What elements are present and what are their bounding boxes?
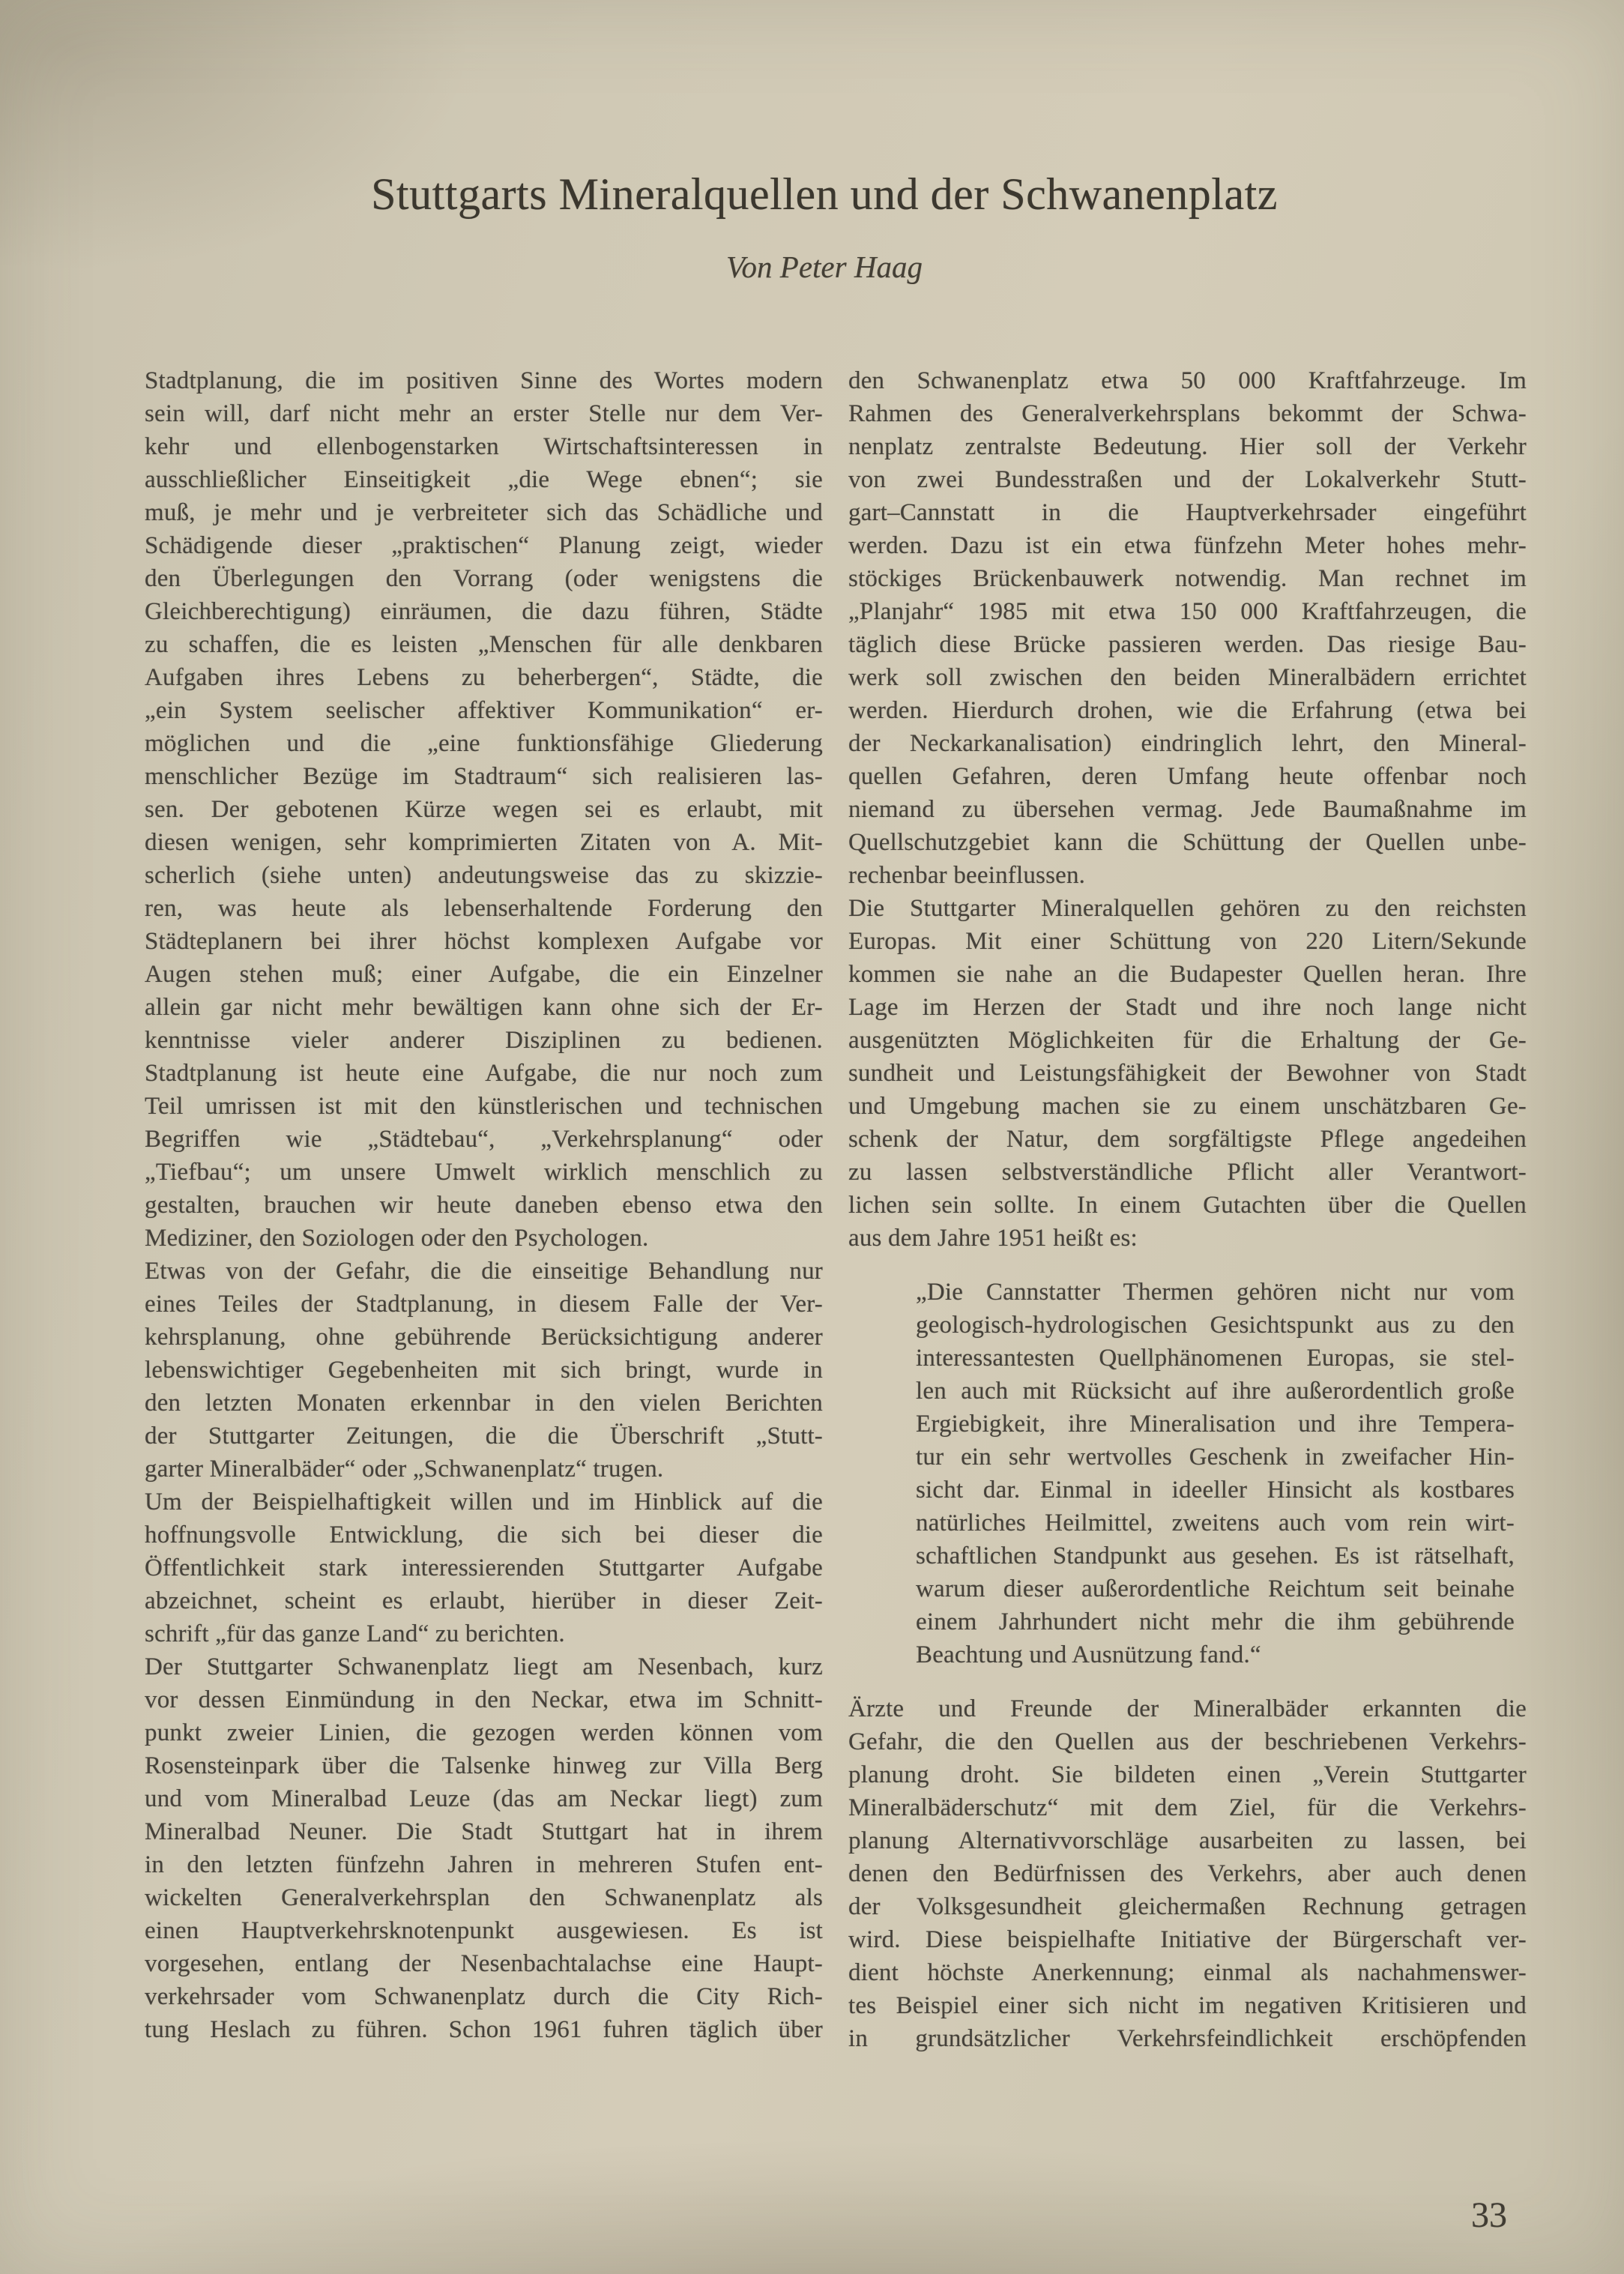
text-line: abzeichnet, scheint es erlaubt, hierüber… <box>145 1584 823 1617</box>
text-line: tur ein sehr wertvolles Geschenk in zwei… <box>916 1441 1515 1474</box>
text-line: einen Hauptverkehrsknotenpunkt ausgewies… <box>145 1914 823 1947</box>
text-line: Quellschutzgebiet kann die Schüttung der… <box>848 826 1527 859</box>
text-line: Öffentlichkeit stark interessierenden St… <box>145 1551 823 1584</box>
text-line: kehrsplanung, ohne gebührende Berücksich… <box>145 1321 823 1354</box>
text-line: sen. Der gebotenen Kürze wegen sei es er… <box>145 793 823 826</box>
text-line: Stadtplanung, die im positiven Sinne des… <box>145 364 823 397</box>
text-line: garter Mineralbäder“ oder „Schwanenplatz… <box>145 1453 823 1486</box>
text-line: der Stuttgarter Zeitungen, die die Übers… <box>145 1420 823 1453</box>
text-line: lebenswichtiger Gegebenheiten mit sich b… <box>145 1354 823 1387</box>
text-line: planung droht. Sie bildeten einen „Verei… <box>848 1758 1527 1791</box>
text-line: denen den Bedürfnissen des Verkehrs, abe… <box>848 1857 1527 1890</box>
text-line: Etwas von der Gefahr, die die einseitige… <box>145 1255 823 1288</box>
text-line: gart–Cannstatt in die Hauptverkehrsader … <box>848 496 1527 529</box>
text-line: werden. Hierdurch drohen, wie die Erfahr… <box>848 694 1527 727</box>
text-line: vorgesehen, entlang der Nesenbachtalachs… <box>145 1947 823 1980</box>
paragraph: Die Stuttgarter Mineralquellen gehören z… <box>848 892 1527 1255</box>
text-line: Begriffen wie „Städtebau“, „Verkehrsplan… <box>145 1123 823 1156</box>
text-line: täglich diese Brücke passieren werden. D… <box>848 628 1527 661</box>
paragraph: Stadtplanung, die im positiven Sinne des… <box>145 364 823 1255</box>
text-line: Um der Beispielhaftigkeit willen und im … <box>145 1486 823 1518</box>
text-line: sundheit und Leistungsfähigkeit der Bewo… <box>848 1057 1527 1090</box>
text-line: in grundsätzlicher Verkehrsfeindlichkeit… <box>848 2022 1527 2055</box>
text-line: der Volksgesundheit gleichermaßen Rechnu… <box>848 1890 1527 1923</box>
text-line: kommen sie nahe an die Budapester Quelle… <box>848 958 1527 991</box>
text-line: warum dieser außerordentliche Reichtum s… <box>916 1572 1515 1605</box>
text-line: kenntnisse vieler anderer Disziplinen zu… <box>145 1024 823 1057</box>
text-line: geologisch-hydrologischen Gesichtspunkt … <box>916 1309 1515 1342</box>
text-line: Lage im Herzen der Stadt und ihre noch l… <box>848 991 1527 1024</box>
text-line: ren, was heute als lebenserhaltende Ford… <box>145 892 823 925</box>
page-number: 33 <box>145 2195 1527 2236</box>
text-line: „Die Cannstatter Thermen gehören nicht n… <box>916 1276 1515 1309</box>
paragraph: Ärzte und Freunde der Mineralbäder erkan… <box>848 1692 1527 2055</box>
text-line: den Schwanenplatz etwa 50 000 Kraftfahrz… <box>848 364 1527 397</box>
text-line: und Umgebung machen sie zu einem unschät… <box>848 1090 1527 1123</box>
text-line: „ein System seelischer affektiver Kommun… <box>145 694 823 727</box>
text-line: möglichen und die „eine funktionsfähige … <box>145 727 823 760</box>
text-line: der Neckarkanalisation) eindringlich leh… <box>848 727 1527 760</box>
text-line: hoffnungsvolle Entwicklung, die sich bei… <box>145 1518 823 1551</box>
text-line: einem Jahrhundert nicht mehr die ihm geb… <box>916 1605 1515 1638</box>
text-line: werden. Dazu ist ein etwa fünfzehn Meter… <box>848 529 1527 562</box>
page-title: Stuttgarts Mineralquellen und der Schwan… <box>120 169 1529 219</box>
text-line: natürliches Heilmittel, zweitens auch vo… <box>916 1507 1515 1539</box>
text-line: den letzten Monaten erkennbar in den vie… <box>145 1387 823 1420</box>
text-line: sein will, darf nicht mehr an erster Ste… <box>145 397 823 430</box>
text-line: schaftlichen Standpunkt aus gesehen. Es … <box>916 1539 1515 1572</box>
text-line: punkt zweier Linien, die gezogen werden … <box>145 1716 823 1749</box>
text-line: diesen wenigen, sehr komprimierten Zitat… <box>145 826 823 859</box>
article-body: Stadtplanung, die im positiven Sinne des… <box>145 364 1527 2055</box>
paragraph: Um der Beispielhaftigkeit willen und im … <box>145 1486 823 1650</box>
text-line: sicht dar. Einmal in ideeller Hinsicht a… <box>916 1474 1515 1507</box>
text-line: menschlicher Bezüge im Stadtraum“ sich r… <box>145 760 823 793</box>
text-line: schrift „für das ganze Land“ zu berichte… <box>145 1617 823 1650</box>
text-line: wird. Diese beispielhafte Initiative der… <box>848 1923 1527 1956</box>
text-line: Gleichberechtigung) einräumen, die dazu … <box>145 595 823 628</box>
text-line: kehr und ellenbogenstarken Wirtschaftsin… <box>145 430 823 463</box>
text-line: quellen Gefahren, deren Umfang heute off… <box>848 760 1527 793</box>
text-line: planung Alternativvorschläge ausarbeiten… <box>848 1824 1527 1857</box>
text-line: lichen sein sollte. In einem Gutachten ü… <box>848 1189 1527 1222</box>
text-line: Ergiebigkeit, ihre Mineralisation und ih… <box>916 1408 1515 1441</box>
paragraph: Der Stuttgarter Schwanenplatz liegt am N… <box>145 1650 823 2046</box>
right-column: den Schwanenplatz etwa 50 000 Kraftfahrz… <box>848 364 1527 2055</box>
text-line: tung Heslach zu führen. Schon 1961 fuhre… <box>145 2013 823 2046</box>
paragraph: Etwas von der Gefahr, die die einseitige… <box>145 1255 823 1486</box>
text-line: dient höchste Anerkennung; einmal als na… <box>848 1956 1527 1989</box>
text-line: Städteplanern bei ihrer höchst komplexen… <box>145 925 823 958</box>
text-line: und vom Mineralbad Leuze (das am Neckar … <box>145 1782 823 1815</box>
text-line: stöckiges Brückenbauwerk notwendig. Man … <box>848 562 1527 595</box>
text-line: Mineralbäderschutz“ mit dem Ziel, für di… <box>848 1791 1527 1824</box>
text-line: interessantesten Quellphänomenen Europas… <box>916 1342 1515 1375</box>
paragraph: den Schwanenplatz etwa 50 000 Kraftfahrz… <box>848 364 1527 892</box>
text-line: den Überlegungen den Vorrang (oder wenig… <box>145 562 823 595</box>
text-line: „Tiefbau“; um unsere Umwelt wirklich men… <box>145 1156 823 1189</box>
text-line: Teil umrissen ist mit den künstlerischen… <box>145 1090 823 1123</box>
text-line: Mineralbad Neuner. Die Stadt Stuttgart h… <box>145 1815 823 1848</box>
text-line: „Planjahr“ 1985 mit etwa 150 000 Kraftfa… <box>848 595 1527 628</box>
text-line: Aufgaben ihres Lebens zu beherbergen“, S… <box>145 661 823 694</box>
text-line: vor dessen Einmündung in den Neckar, etw… <box>145 1683 823 1716</box>
text-line: eines Teiles der Stadtplanung, in diesem… <box>145 1288 823 1321</box>
text-line: Mediziner, den Soziologen oder den Psych… <box>145 1222 823 1255</box>
byline: Von Peter Haag <box>120 249 1529 285</box>
text-line: Europas. Mit einer Schüttung von 220 Lit… <box>848 925 1527 958</box>
text-line: Der Stuttgarter Schwanenplatz liegt am N… <box>145 1650 823 1683</box>
text-line: ausgenützten Möglichkeiten für die Erhal… <box>848 1024 1527 1057</box>
text-line: in den letzten fünfzehn Jahren in mehrer… <box>145 1848 823 1881</box>
text-line: aus dem Jahre 1951 heißt es: <box>848 1222 1527 1255</box>
blockquote: „Die Cannstatter Thermen gehören nicht n… <box>916 1276 1515 1671</box>
text-line: tes Beispiel einer sich nicht im negativ… <box>848 1989 1527 2022</box>
text-line: rechenbar beeinflussen. <box>848 859 1527 892</box>
text-line: von zwei Bundesstraßen und der Lokalverk… <box>848 463 1527 496</box>
text-line: wickelten Generalverkehrsplan den Schwan… <box>145 1881 823 1914</box>
text-line: len auch mit Rücksicht auf ihre außerord… <box>916 1375 1515 1408</box>
text-line: verkehrsader vom Schwanenplatz durch die… <box>145 1980 823 2013</box>
text-line: nenplatz zentralste Bedeutung. Hier soll… <box>848 430 1527 463</box>
text-line: Die Stuttgarter Mineralquellen gehören z… <box>848 892 1527 925</box>
text-line: allein gar nicht mehr bewältigen kann oh… <box>145 991 823 1024</box>
left-column: Stadtplanung, die im positiven Sinne des… <box>145 364 823 2055</box>
text-line: schenk der Natur, dem sorgfältigste Pfle… <box>848 1123 1527 1156</box>
text-line: Rahmen des Generalverkehrsplans bekommt … <box>848 397 1527 430</box>
text-line: muß, je mehr und je verbreiteter sich da… <box>145 496 823 529</box>
text-line: ausschließlicher Einseitigkeit „die Wege… <box>145 463 823 496</box>
text-line: zu schaffen, die es leisten „Menschen fü… <box>145 628 823 661</box>
text-line: Schädigende dieser „praktischen“ Planung… <box>145 529 823 562</box>
text-line: Gefahr, die den Quellen aus der beschrie… <box>848 1725 1527 1758</box>
text-line: niemand zu übersehen vermag. Jede Baumaß… <box>848 793 1527 826</box>
text-line: werk soll zwischen den beiden Mineralbäd… <box>848 661 1527 694</box>
text-line: Beachtung und Ausnützung fand.“ <box>916 1638 1515 1671</box>
text-line: Ärzte und Freunde der Mineralbäder erkan… <box>848 1692 1527 1725</box>
text-line: scherlich (siehe unten) andeutungsweise … <box>145 859 823 892</box>
text-line: Rosensteinpark über die Talsenke hinweg … <box>145 1749 823 1782</box>
text-line: Augen stehen muß; einer Aufgabe, die ein… <box>145 958 823 991</box>
text-line: zu lassen selbstverständliche Pflicht al… <box>848 1156 1527 1189</box>
text-line: gestalten, brauchen wir heute daneben eb… <box>145 1189 823 1222</box>
text-line: Stadtplanung ist heute eine Aufgabe, die… <box>145 1057 823 1090</box>
